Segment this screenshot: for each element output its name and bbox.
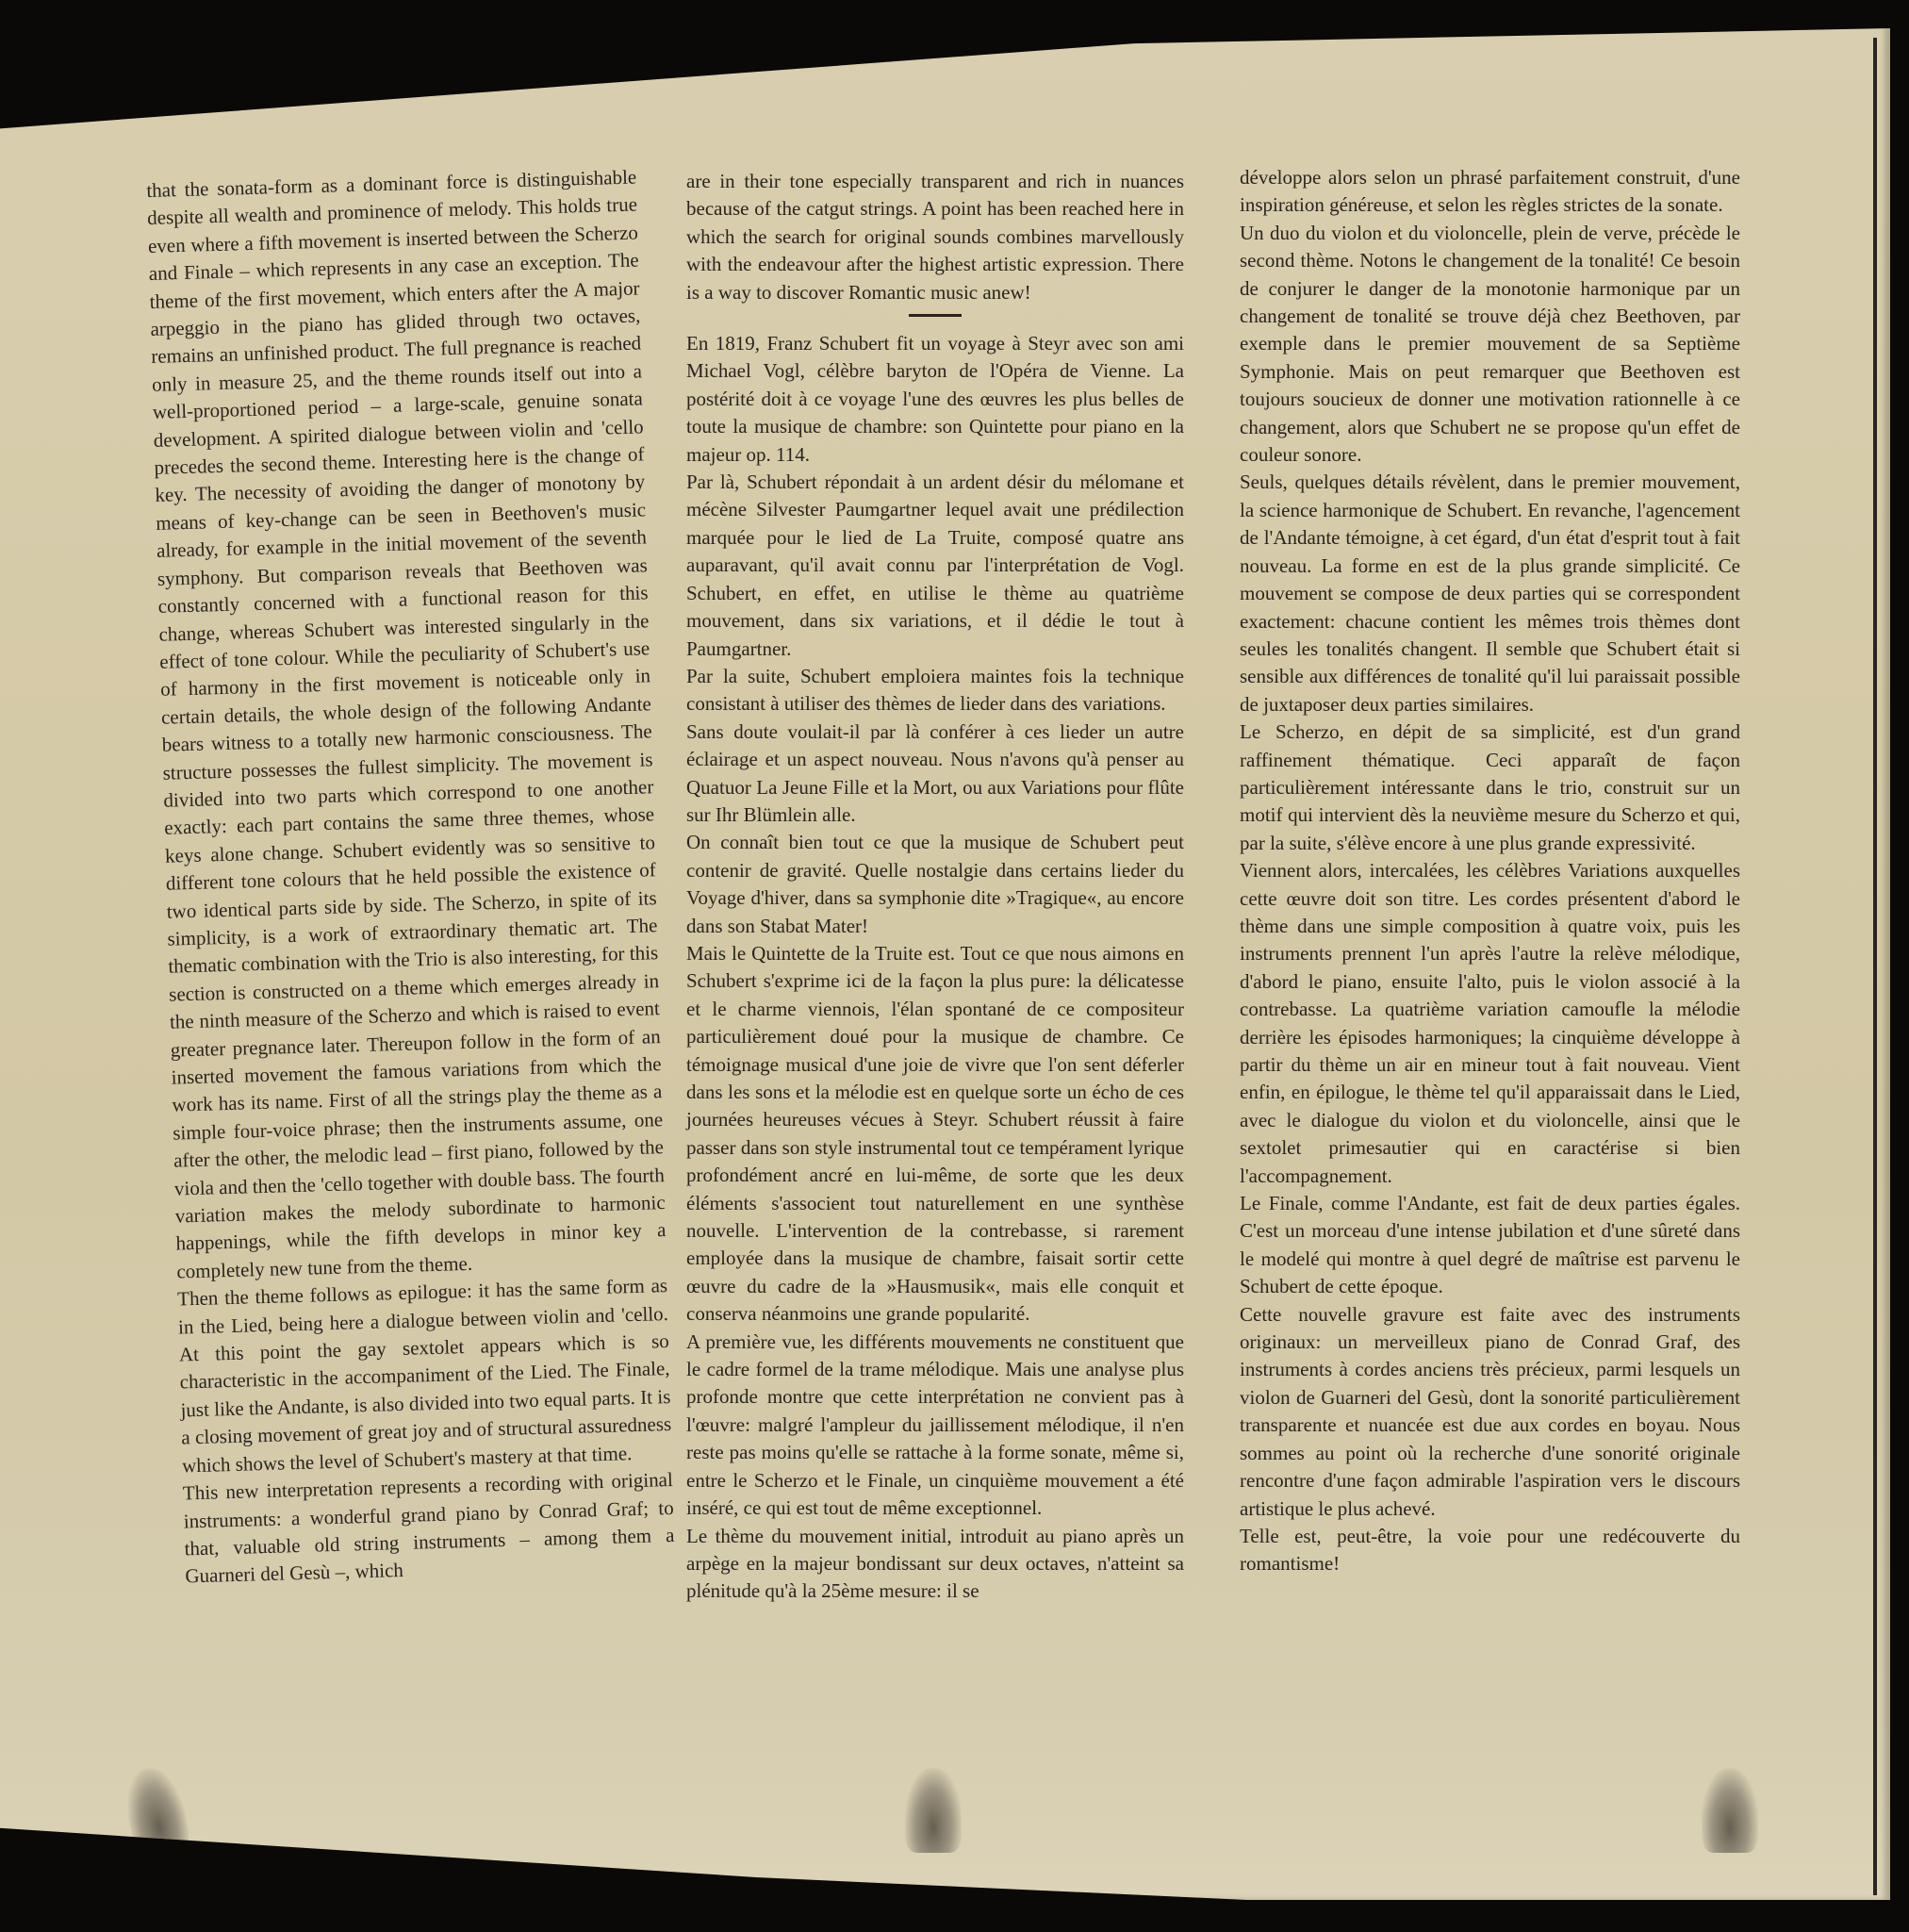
paragraph: Par la suite, Schubert emploiera maintes… (686, 663, 1184, 718)
column-french: développe alors selon un phrasé parfaite… (1240, 164, 1740, 1578)
paragraph: that the sonata-form as a dominant force… (146, 163, 667, 1285)
paragraph: Telle est, peut-être, la voie pour une r… (1240, 1523, 1740, 1578)
paragraph: This new interpretation represents a rec… (183, 1466, 676, 1591)
paragraph-english-tail: are in their tone especially transparent… (686, 168, 1184, 306)
paragraph: On connaît bien tout ce que la musique d… (686, 829, 1184, 940)
finger-shadow (905, 1768, 962, 1853)
paragraph: Un duo du violon et du violoncelle, plei… (1240, 220, 1740, 470)
column-middle: are in their tone especially transparent… (686, 168, 1184, 1606)
paragraph: Le Finale, comme l'Andante, est fait de … (1240, 1190, 1740, 1301)
paragraph: Le thème du mouvement initial, introduit… (686, 1523, 1184, 1606)
paragraph: Sans doute voulait-il par là conférer à … (686, 718, 1184, 830)
paragraph: Le Scherzo, en dépit de sa simplicité, e… (1240, 718, 1740, 857)
paragraph: Viennent alors, intercalées, les célèbre… (1240, 857, 1740, 1190)
paragraph: En 1819, Franz Schubert fit un voyage à … (686, 330, 1184, 469)
paragraph: développe alors selon un phrasé parfaite… (1240, 164, 1740, 220)
page-edge (1873, 38, 1877, 1895)
finger-shadow (1702, 1768, 1758, 1853)
section-divider (909, 314, 962, 317)
paragraph: A première vue, les différents mouvement… (686, 1329, 1184, 1523)
column-english: that the sonata-form as a dominant force… (146, 163, 676, 1591)
paragraph: Seuls, quelques détails révèlent, dans l… (1240, 469, 1740, 718)
liner-notes-page: FRANZ SCHUBERT · Forellenquintett D 667 … (0, 9, 1890, 1900)
paragraph: Then the theme follows as epilogue: it h… (177, 1272, 673, 1479)
paragraph: Par là, Schubert répondait à un ardent d… (686, 469, 1184, 663)
paragraph: Mais le Quintette de la Truite est. Tout… (686, 940, 1184, 1329)
finger-shadow (119, 1763, 191, 1858)
header-title-strip: FRANZ SCHUBERT · Forellenquintett D 667 … (170, 7, 1039, 48)
paragraph: Cette nouvelle gravure est faite avec de… (1240, 1301, 1740, 1523)
